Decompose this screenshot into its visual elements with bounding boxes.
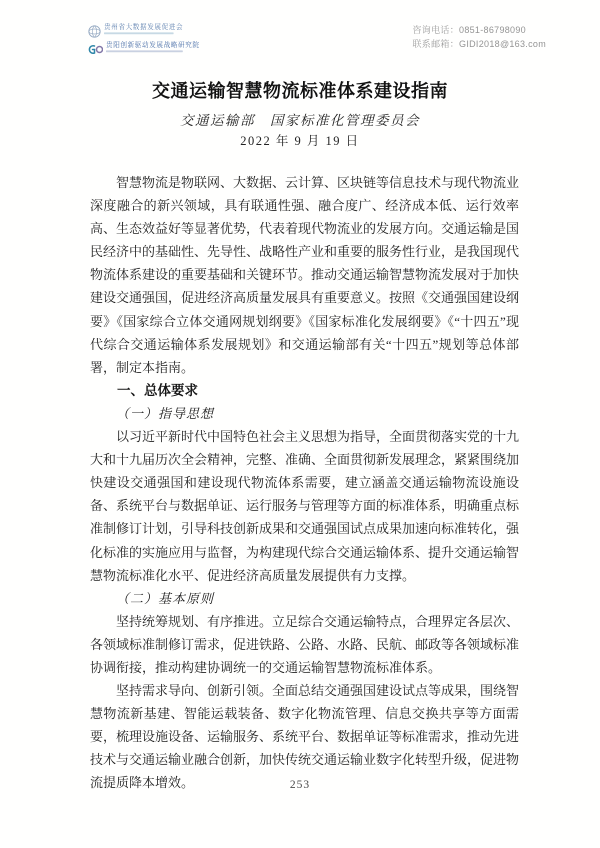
paragraph: 智慧物流是物联网、大数据、云计算、区块链等信息技术与现代物流业深度融合的新兴领域… [90,171,519,379]
logo-group: 贵州省大数据发展促进会 贵阳创新驱动发展战略研究院 [88,24,262,58]
contact-phone-value: 0851-86798090 [459,25,526,35]
logo-association-name: 贵州省大数据发展促进会 [104,24,183,31]
logo-association-caption [104,32,174,34]
paragraph: 坚持统筹规划、有序推进。立足综合交通运输特点，合理界定各层次、各领域标准制修订需… [90,610,519,679]
document-page: 贵州省大数据发展促进会 贵阳创新驱动发展战略研究院 咨询电话：0851-8679… [0,0,600,848]
paragraph: 以习近平新时代中国特色社会主义思想为指导，全面贯彻落实党的十九大和十九届历次全会… [90,425,519,587]
document-title: 交通运输智慧物流标准体系建设指南 [0,77,600,103]
section-heading: 一、总体要求 [90,379,519,402]
document-authors: 交通运输部 国家标准化管理委员会 [0,109,600,129]
contact-phone-label: 咨询电话： [413,25,460,35]
contact-email-row: 联系邮箱：GIDI2018@163.com [413,38,547,52]
contact-info: 咨询电话：0851-86798090 联系邮箱：GIDI2018@163.com [413,24,547,51]
section-heading: （一）指导思想 [90,402,519,425]
contact-email-value[interactable]: GIDI2018@163.com [459,39,546,49]
contact-phone-row: 咨询电话：0851-86798090 [413,24,547,38]
page-header: 贵州省大数据发展促进会 贵阳创新驱动发展战略研究院 咨询电话：0851-8679… [88,24,546,58]
contact-email-label: 联系邮箱： [413,39,460,49]
section-heading: （二）基本原则 [90,587,519,610]
logo-gidi-caption [106,50,183,52]
logo-gidi-name: 贵阳创新驱动发展战略研究院 [106,42,200,49]
document-date: 2022 年 9 月 19 日 [0,131,600,149]
paragraph: 坚持需求导向、创新引领。全面总结交通强国建设试点等成果，围绕智慧物流新基建、智能… [90,679,519,794]
gidi-logo-icon [88,43,103,56]
document-body: 智慧物流是物联网、大数据、云计算、区块链等信息技术与现代物流业深度融合的新兴领域… [90,171,519,795]
logo-association: 贵州省大数据发展促进会 [88,24,262,40]
page-number: 253 [0,779,600,791]
logo-gidi: 贵阳创新驱动发展战略研究院 [88,42,262,58]
association-emblem-icon [88,25,101,38]
